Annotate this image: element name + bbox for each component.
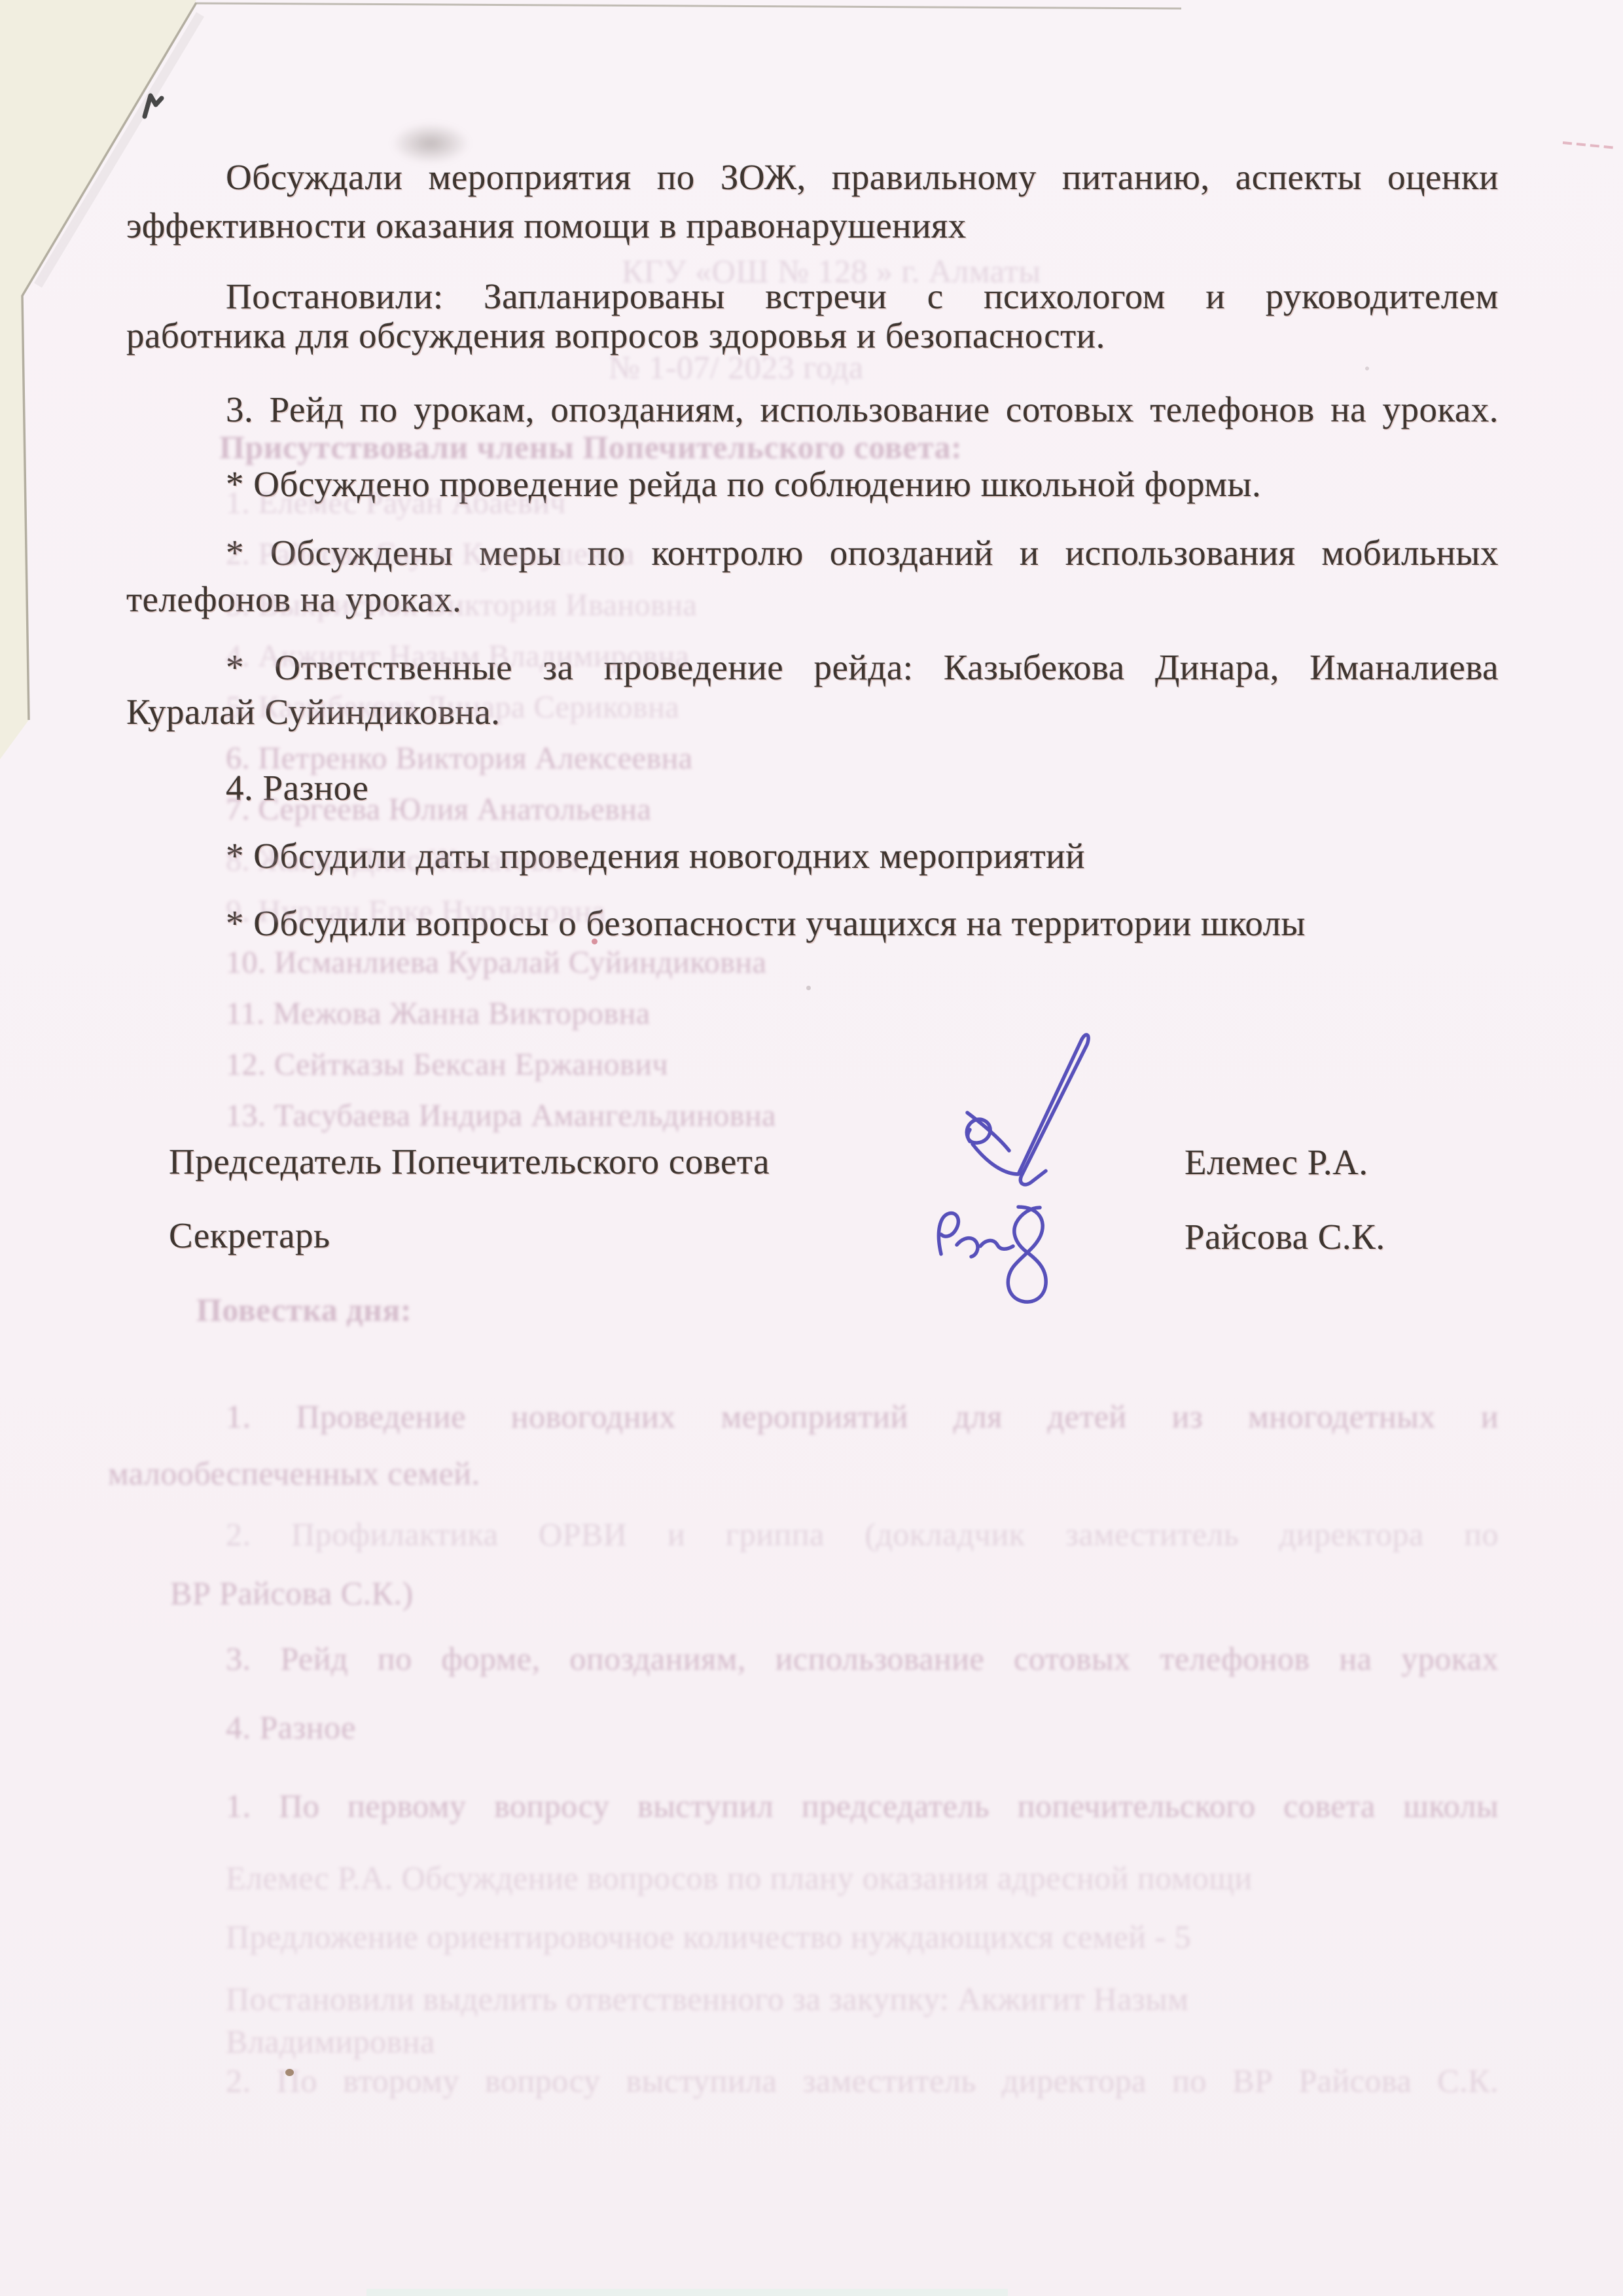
chairman-label: Председатель Попечительского совета bbox=[169, 1141, 770, 1183]
ghost-member-1: 1. Елемес Рауан Абаевич bbox=[226, 485, 566, 522]
ghost-agenda-2-line2: ВР Райсова С.К.) bbox=[170, 1574, 414, 1613]
chairman-name: Елемес Р.А. bbox=[1185, 1141, 1368, 1184]
ghost-member-5: 5. Казыбекова Динара Сериковна bbox=[226, 689, 679, 726]
ghost-agenda-3: 3. Рейд по форме, опозданиям, использова… bbox=[226, 1640, 1499, 1678]
ink-smudge bbox=[391, 123, 470, 164]
ghost-agenda-1-line2: малообеспеченных семей. bbox=[108, 1454, 480, 1493]
ghost-member-8: 8. Жанат Диас Жанатович bbox=[226, 842, 579, 880]
ghost-member-3: 3. Выхристюк Виктория Ивановна bbox=[226, 587, 697, 624]
ghost-q1-line3: Предложение ориентировочное количество н… bbox=[226, 1918, 1191, 1956]
ghost-member-9: 9. Нурлан Ерке Нурлановна bbox=[226, 893, 606, 931]
para-discussed-line2: эффективности оказания помощи в правонар… bbox=[126, 205, 967, 247]
red-ink-dot bbox=[592, 939, 597, 944]
scanned-document-page: Обсуждали мероприятия по ЗОЖ, правильном… bbox=[0, 0, 1623, 2296]
ghost-q1-line1: 1. По первому вопросу выступил председат… bbox=[226, 1787, 1499, 1825]
ghost-member-12: 12. Сейтказы Бексан Ержанович bbox=[226, 1047, 668, 1084]
ghost-q1-line4: Постановили выделить ответственного за з… bbox=[226, 1980, 1188, 2018]
ghost-attendees-heading: Присутствовали члены Попечительского сов… bbox=[219, 428, 962, 467]
ghost-q1-line5: Владимировна bbox=[226, 2022, 435, 2061]
ghost-member-4: 4. Акжигит Назым Владимировна bbox=[226, 638, 689, 675]
ghost-member-13: 13. Тасубаева Индира Амангельдиновна bbox=[226, 1098, 776, 1135]
ghost-member-11: 11. Межова Жанна Викторовна bbox=[226, 996, 651, 1033]
ghost-member-6: 6. Петренко Виктория Алексеевна bbox=[226, 740, 693, 778]
ghost-member-10: 10. Исманлиева Куралай Суйиндиковна bbox=[226, 944, 766, 982]
ghost-doc-number: № 1-07/ 2023 года bbox=[609, 348, 864, 387]
paper-speck bbox=[1365, 367, 1369, 370]
document-text-layer: Обсуждали мероприятия по ЗОЖ, правильном… bbox=[0, 0, 1623, 2296]
ghost-agenda-1-line1: 1. Проведение новогодних мероприятий для… bbox=[226, 1397, 1499, 1436]
ghost-member-7: 7. Сергеева Юлия Анатольевна bbox=[226, 791, 651, 829]
secretary-label: Секретарь bbox=[169, 1215, 330, 1257]
ghost-agenda-4: 4. Разное bbox=[226, 1708, 356, 1747]
secretary-name: Райсова С.К. bbox=[1185, 1216, 1385, 1259]
item3-heading: 3. Рейд по урокам, опозданиям, использов… bbox=[226, 389, 1499, 431]
ghost-q2-line1: 2. По второму вопросу выступила заместит… bbox=[226, 2062, 1499, 2100]
paper-speck bbox=[806, 986, 811, 990]
scanner-edge-strip bbox=[366, 2289, 1008, 2296]
ghost-school-header: КГУ «ОШ № 128 » г. Алматы bbox=[622, 252, 1041, 291]
ghost-agenda-heading: Повестка дня: bbox=[196, 1291, 412, 1329]
ghost-member-2: 2. Райсова Сауле Куанышевна bbox=[226, 536, 635, 573]
ghost-agenda-2-line1: 2. Профилактика ОРВИ и гриппа (докладчик… bbox=[226, 1515, 1499, 1554]
paper-speck bbox=[285, 2069, 294, 2076]
ghost-q1-line2: Елемес Р.А. Обсуждение вопросов по плану… bbox=[226, 1859, 1253, 1897]
